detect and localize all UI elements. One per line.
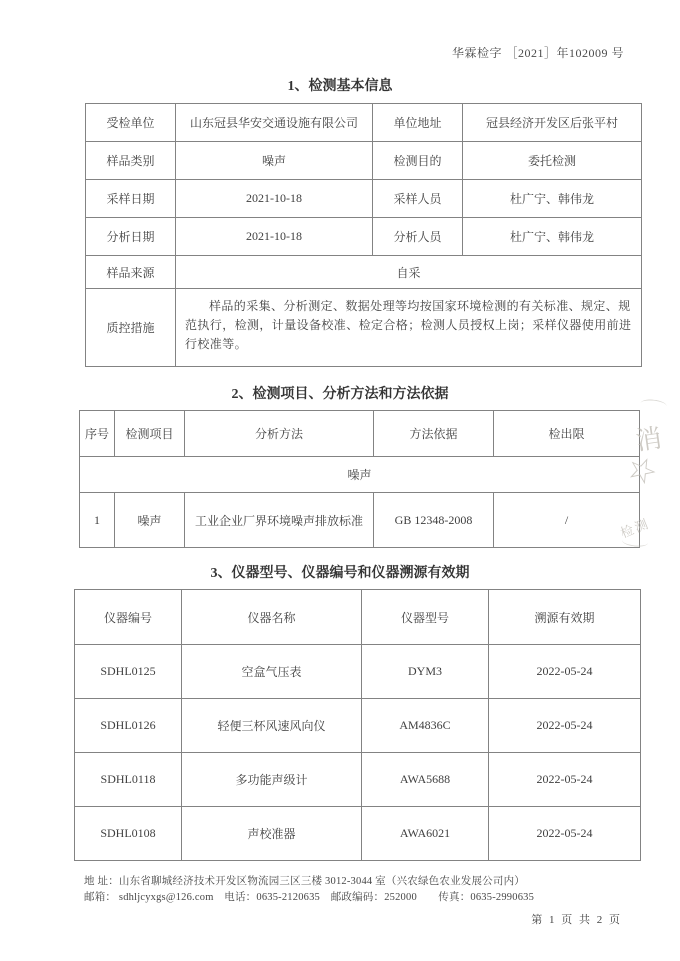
column-header: 检测项目 xyxy=(115,411,185,457)
cell-model: AWA6021 xyxy=(362,807,489,861)
footer-address: 地 址：山东省聊城经济技术开发区物流园三区三楼 3012-3044 室（兴农绿色… xyxy=(84,874,680,890)
table-row: SDHL0126 轻便三杯风速风向仪 AM4836C 2022-05-24 xyxy=(75,699,641,753)
cell-instrument-name: 声校准器 xyxy=(182,807,362,861)
qc-measures-text: 样品的采集、分析测定、数据处理等均按国家环境检测的有关标准、规定、规范执行，检测… xyxy=(176,289,642,367)
table-row: SDHL0108 声校准器 AWA6021 2022-05-24 xyxy=(75,807,641,861)
table-row: 样品类别 噪声 检测目的 委托检测 xyxy=(86,142,642,180)
column-header: 分析方法 xyxy=(185,411,374,457)
field-value: 杜广宁、韩伟龙 xyxy=(463,180,642,218)
doc-number: 华霖检字 ［2021］年102009 号 xyxy=(0,44,680,61)
cell-instrument-no: SDHL0125 xyxy=(75,645,182,699)
field-value: 2021-10-18 xyxy=(176,218,373,256)
cell-instrument-name: 轻便三杯风速风向仪 xyxy=(182,699,362,753)
cell-valid-date: 2022-05-24 xyxy=(489,753,641,807)
table-row: 分析日期 2021-10-18 分析人员 杜广宁、韩伟龙 xyxy=(86,218,642,256)
group-label: 噪声 xyxy=(80,457,640,493)
cell-seq: 1 xyxy=(80,493,115,548)
basic-info-table: 受检单位 山东冠县华安交通设施有限公司 单位地址 冠县经济开发区后张平村 样品类… xyxy=(85,103,642,367)
cell-instrument-name: 多功能声级计 xyxy=(182,753,362,807)
cell-instrument-no: SDHL0108 xyxy=(75,807,182,861)
section-3-title: 3、仪器型号、仪器编号和仪器溯源有效期 xyxy=(0,562,680,582)
field-label: 受检单位 xyxy=(86,104,176,142)
section-1-title: 1、检测基本信息 xyxy=(0,75,680,95)
table-header-row: 仪器编号 仪器名称 仪器型号 溯源有效期 xyxy=(75,590,641,645)
field-label: 质控措施 xyxy=(86,289,176,367)
cell-model: AWA5688 xyxy=(362,753,489,807)
cell-instrument-no: SDHL0118 xyxy=(75,753,182,807)
column-header: 方法依据 xyxy=(374,411,494,457)
field-label: 采样日期 xyxy=(86,180,176,218)
field-label: 分析人员 xyxy=(373,218,463,256)
column-header: 仪器型号 xyxy=(362,590,489,645)
column-header: 仪器名称 xyxy=(182,590,362,645)
field-label: 分析日期 xyxy=(86,218,176,256)
page-indicator: 第 1 页 共 2 页 xyxy=(0,911,680,927)
table-row: 样品来源 自采 xyxy=(86,256,642,289)
table-header-row: 序号 检测项目 分析方法 方法依据 检出限 xyxy=(80,411,640,457)
table-row: SDHL0118 多功能声级计 AWA5688 2022-05-24 xyxy=(75,753,641,807)
table-row: SDHL0125 空盒气压表 DYM3 2022-05-24 xyxy=(75,645,641,699)
table-row: 受检单位 山东冠县华安交通设施有限公司 单位地址 冠县经济开发区后张平村 xyxy=(86,104,642,142)
footer: 地 址：山东省聊城经济技术开发区物流园三区三楼 3012-3044 室（兴农绿色… xyxy=(84,874,680,907)
field-label: 采样人员 xyxy=(373,180,463,218)
table-row: 1 噪声 工业企业厂界环境噪声排放标准 GB 12348-2008 / xyxy=(80,493,640,548)
column-header: 序号 xyxy=(80,411,115,457)
field-label: 样品类别 xyxy=(86,142,176,180)
cell-limit: / xyxy=(494,493,640,548)
column-header: 仪器编号 xyxy=(75,590,182,645)
table-row: 采样日期 2021-10-18 采样人员 杜广宁、韩伟龙 xyxy=(86,180,642,218)
cell-valid-date: 2022-05-24 xyxy=(489,645,641,699)
field-value: 山东冠县华安交通设施有限公司 xyxy=(176,104,373,142)
instruments-table: 仪器编号 仪器名称 仪器型号 溯源有效期 SDHL0125 空盒气压表 DYM3… xyxy=(74,589,641,861)
cell-item: 噪声 xyxy=(115,493,185,548)
field-label: 单位地址 xyxy=(373,104,463,142)
field-label: 样品来源 xyxy=(86,256,176,289)
footer-contact: 邮箱： sdhljcyxgs@126.com 电话：0635-2120635 邮… xyxy=(84,890,680,906)
field-value: 杜广宁、韩伟龙 xyxy=(463,218,642,256)
field-value: 自采 xyxy=(176,256,642,289)
seal-character: 消 xyxy=(633,413,680,458)
cell-model: DYM3 xyxy=(362,645,489,699)
column-header: 溯源有效期 xyxy=(489,590,641,645)
field-value: 冠县经济开发区后张平村 xyxy=(463,104,642,142)
field-value: 委托检测 xyxy=(463,142,642,180)
cell-model: AM4836C xyxy=(362,699,489,753)
cell-valid-date: 2022-05-24 xyxy=(489,699,641,753)
field-value: 噪声 xyxy=(176,142,373,180)
report-page: { "doc_number": "华霖检字 ［2021］年102009 号", … xyxy=(0,0,680,961)
cell-valid-date: 2022-05-24 xyxy=(489,807,641,861)
section-2-title: 2、检测项目、分析方法和方法依据 xyxy=(0,383,680,403)
cell-instrument-name: 空盒气压表 xyxy=(182,645,362,699)
group-row: 噪声 xyxy=(80,457,640,493)
field-value: 2021-10-18 xyxy=(176,180,373,218)
analysis-method-table: 序号 检测项目 分析方法 方法依据 检出限 噪声 1 噪声 工业企业厂界环境噪声… xyxy=(79,410,640,548)
cell-basis: GB 12348-2008 xyxy=(374,493,494,548)
table-row: 质控措施 样品的采集、分析测定、数据处理等均按国家环境检测的有关标准、规定、规范… xyxy=(86,289,642,367)
cell-method: 工业企业厂界环境噪声排放标准 xyxy=(185,493,374,548)
column-header: 检出限 xyxy=(494,411,640,457)
field-label: 检测目的 xyxy=(373,142,463,180)
cell-instrument-no: SDHL0126 xyxy=(75,699,182,753)
